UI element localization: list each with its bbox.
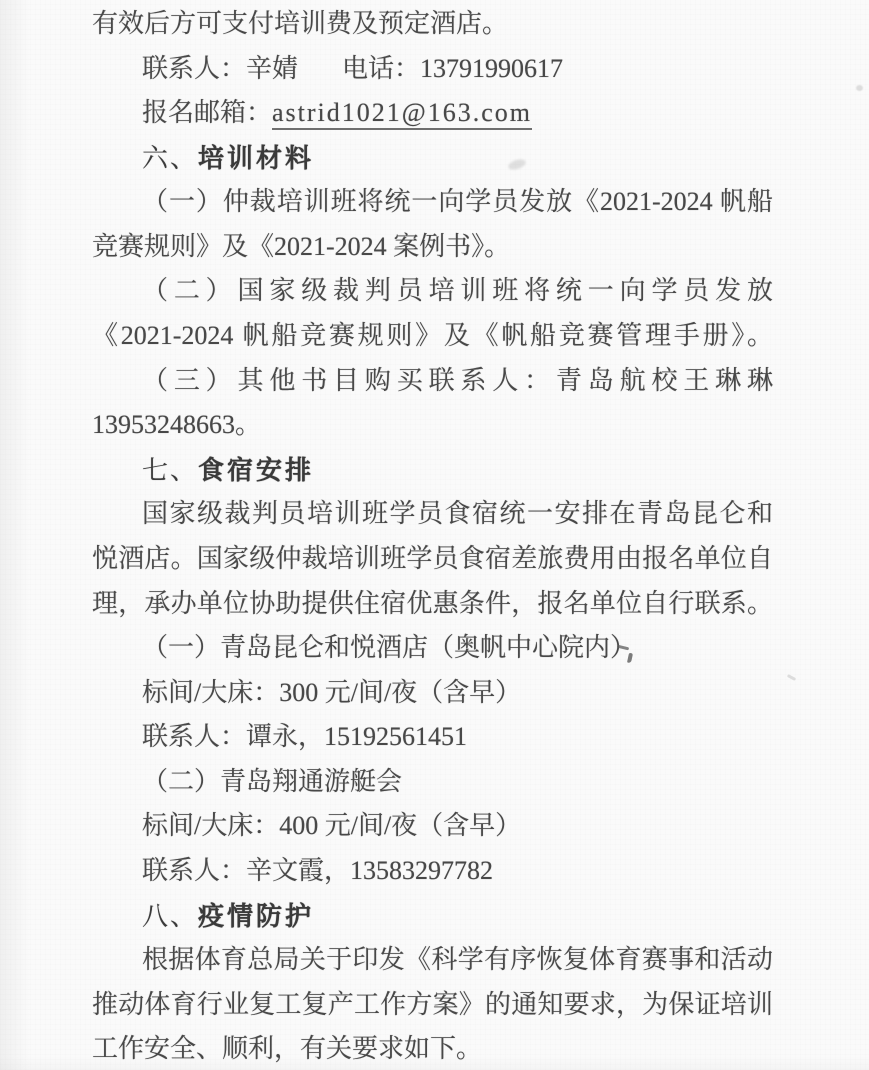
scan-edge-shadow-left: [0, 0, 30, 1070]
body-line: 工作安全、顺利，有关要求如下。: [92, 1027, 773, 1070]
hotel-line: （二）青岛翔通游艇会: [92, 760, 773, 805]
email-line: 报名邮箱：astrid1021@163.com: [92, 91, 773, 136]
heading-training-materials: 六、培训材料: [92, 136, 773, 181]
contact-person: 联系人：辛婧: [142, 54, 298, 83]
contact-phone: 电话：13791990617: [342, 54, 563, 83]
contact-line: 联系人：辛婧电话：13791990617: [92, 47, 773, 92]
body-line: 理，承办单位协助提供住宿优惠条件，报名单位自行联系。: [92, 582, 773, 627]
heading-title: 食宿安排: [198, 455, 314, 485]
body-line: 推动体育行业复工复产工作方案》的通知要求，为保证培训: [92, 983, 773, 1028]
room-rate-line: 标间/大床：400 元/间/夜（含早）: [92, 804, 773, 849]
room-rate-line: 标间/大床：300 元/间/夜（含早）: [92, 671, 773, 716]
body-line: （三）其他书目购买联系人：青岛航校王琳琳: [92, 359, 773, 404]
body-line: （一）仲裁培训班将统一向学员发放《2021-2024 帆船: [92, 180, 773, 225]
heading-accommodation: 七、食宿安排: [92, 448, 773, 493]
scan-artifact: [856, 85, 863, 91]
body-line: 《2021-2024 帆船竞赛规则》及《帆船竞赛管理手册》。: [92, 314, 773, 359]
email-label: 报名邮箱：: [142, 98, 272, 127]
heading-number: 七、: [142, 456, 198, 485]
body-line: 有效后方可支付培训费及预定酒店。: [92, 2, 773, 47]
body-line: 竞赛规则》及《2021-2024 案例书》。: [92, 225, 773, 270]
body-line: 悦酒店。国家级仲裁培训班学员食宿差旅费用由报名单位自: [92, 537, 773, 582]
body-line: 根据体育总局关于印发《科学有序恢复体育赛事和活动: [92, 938, 773, 983]
document-page: 有效后方可支付培训费及预定酒店。 联系人：辛婧电话：13791990617 报名…: [92, 2, 773, 1070]
heading-title: 培训材料: [198, 143, 314, 173]
body-line: 13953248663。: [92, 403, 773, 448]
hotel-contact-line: 联系人：谭永，15192561451: [92, 715, 773, 760]
body-line: （二）国家级裁判员培训班将统一向学员发放: [92, 269, 773, 314]
heading-title: 疫情防护: [198, 901, 314, 931]
heading-epidemic-prevention: 八、疫情防护: [92, 894, 773, 939]
heading-number: 八、: [142, 902, 198, 931]
body-line: 国家级裁判员培训班学员食宿统一安排在青岛昆仑和: [92, 492, 773, 537]
email-address: astrid1021@163.com: [272, 98, 532, 130]
heading-number: 六、: [142, 144, 198, 173]
scan-artifact: [787, 674, 796, 681]
hotel-line: （一）青岛昆仑和悦酒店（奥帆中心院内）: [92, 626, 773, 671]
hotel-contact-line: 联系人：辛文霞，13583297782: [92, 849, 773, 894]
